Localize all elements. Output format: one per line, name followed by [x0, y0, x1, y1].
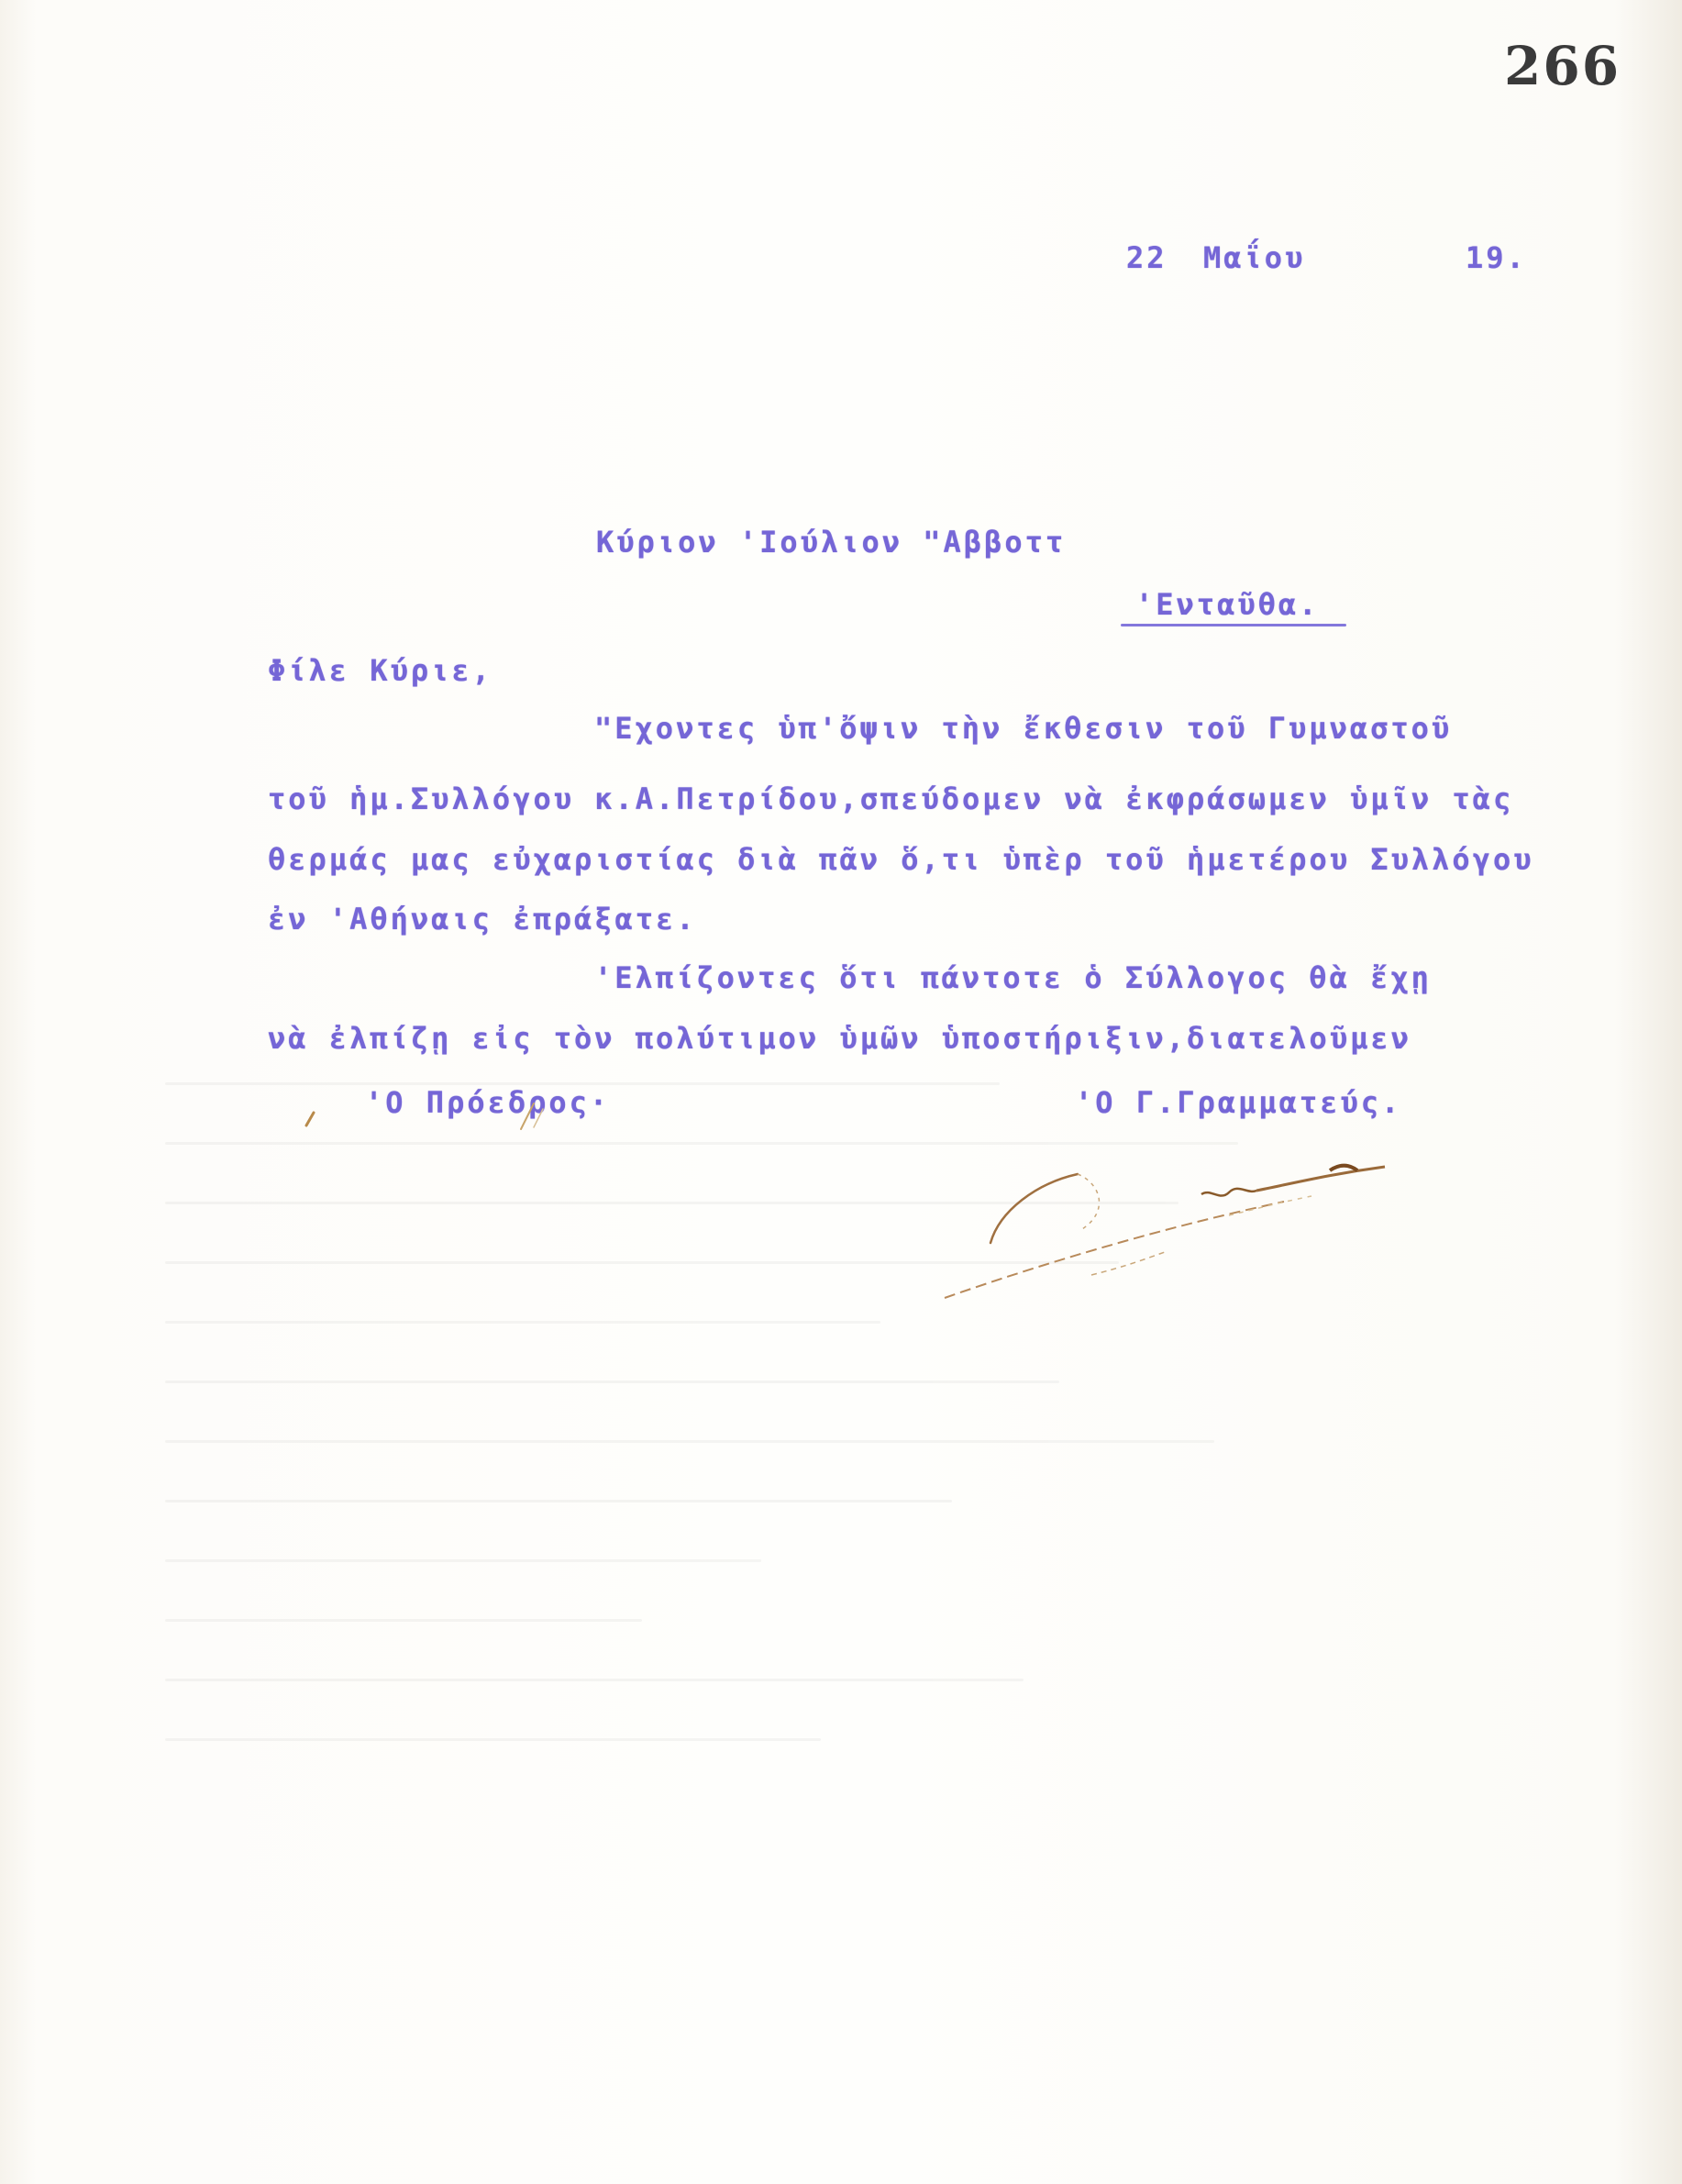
folio-number: 266: [1504, 35, 1621, 97]
secretary-signatory: 'Ο Γ.Γραμματεύς.: [1075, 1085, 1401, 1120]
document-page: 266 22 Μαΐου 19. Κύριον 'Ιούλιον "Αββοττ…: [0, 0, 1682, 2184]
addressee-name: Κύριον 'Ιούλιον "Αββοττ: [596, 525, 1066, 560]
date-month: Μαΐου: [1203, 240, 1305, 275]
place-underline: [1121, 624, 1346, 626]
handwritten-signature-icon: [926, 1137, 1477, 1303]
body-line: θερμάς μας εὐχαριστίας διὰ πᾶν ὅ,τι ὑπὲρ…: [268, 842, 1533, 877]
addressee-place: 'Ενταῦθα.: [1135, 587, 1319, 622]
body-line: ἐν 'Αθήναις ἐπράξατε.: [268, 902, 697, 937]
date-day: 22: [1126, 240, 1167, 275]
body-line: τοῦ ἡμ.Συλλόγου κ.Α.Πετρίδου,σπεύδομεν ν…: [268, 782, 1513, 816]
body-line: νὰ ἐλπίζῃ εἰς τὸν πολύτιμον ὑμῶν ὑποστήρ…: [268, 1021, 1411, 1056]
body-line: "Εχοντες ὑπ'ὄψιν τὴν ἔκθεσιν τοῦ Γυμναστ…: [594, 711, 1452, 746]
salutation: Φίλε Κύριε,: [268, 653, 492, 688]
date-year: 19.: [1466, 240, 1527, 275]
body-line: 'Ελπίζοντες ὅτι πάντοτε ὁ Σύλλογος θὰ ἔχ…: [594, 960, 1432, 995]
pencil-mark-icon: [293, 1078, 569, 1225]
